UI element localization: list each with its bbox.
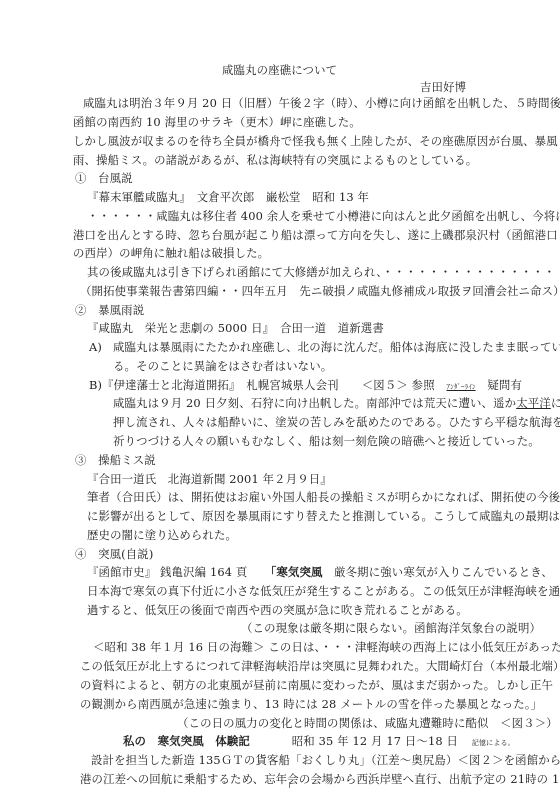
body-text: 咸臨丸は９月 20 日夕刻、石狩に向け出帆した。南部沖では荒天に遭い、遥か xyxy=(113,396,516,410)
body-line: 祈りつづける人々の願いもむなしく、船は刻一刻危険の暗礁へと接近していった。 xyxy=(113,434,540,448)
document-page: 咸臨丸の座礁について 吉田好博 咸臨丸は明治３年９月 20 日（旧暦）午後２字（… xyxy=(0,0,560,791)
body-line: 過すると、低気圧の後面で南西や西の突風が急に吹き荒れることがある。 xyxy=(87,603,468,617)
body-line: 其の後咸臨丸は引き下げられ函館にて大修繕が加えられ、・・・・・・・・・・・・・・… xyxy=(87,265,555,279)
body-text: に xyxy=(551,396,560,410)
question-note: 疑問有 xyxy=(487,378,522,392)
source-citation: 『咸臨丸 栄光と悲劇の 5000 日』 合田一道 道新選書 xyxy=(87,321,384,335)
author-name: 吉田好博 xyxy=(420,80,466,94)
body-line: 港の江差への回航に乗船するため、忘年会の会場から西浜岸壁へ直行、出航予定の 21… xyxy=(80,772,560,786)
quote-title: 「寒気突風 xyxy=(271,565,323,579)
intro-line: 雨、操船ミス。の諸説があるが、私は海峡特有の突風によるものとしている。 xyxy=(73,153,477,167)
section-heading-typhoon: ① 台風説 xyxy=(75,171,133,185)
body-line: 日本海で寒気の真下付近に小さな低気圧が発生することがある。この低気圧が津軽海峡を… xyxy=(87,584,560,598)
body-line: の観測から南西風が急速に強まり、13 時には 28 メートルの雪を伴った暴風とな… xyxy=(80,697,542,711)
note-line: （この日の風力の変化と時間の関係は、咸臨丸遭難時に酷似 ＜図３＞） xyxy=(177,716,558,730)
section-heading-storm: ② 暴風雨説 xyxy=(75,303,144,317)
body-line: この低気圧が北上するにつれて津軽海峡沿岸は突風に見舞われた。大間崎灯台（本州最北… xyxy=(80,659,560,673)
body-line: ・・・・・・咸臨丸は移住者 400 余人を乗せて小樽港に向はんと此夕函館を出帆し… xyxy=(87,209,560,223)
source-citation: 『幕末軍艦咸臨丸』 文倉平次郎 巌松堂 昭和 13 年 xyxy=(87,190,369,204)
body-text: 厳冬期に強い寒気が入りこんでいるとき、 xyxy=(323,565,553,579)
body-line: に影響が出るとして、原因を暴風雨にすり替えたと推測している。こうして咸臨丸の最期… xyxy=(87,509,560,523)
underlined-word: 太平洋 xyxy=(516,396,551,410)
body-line: 咸臨丸は９月 20 日夕刻、石狩に向け出帆した。南部沖では荒天に遭い、遥か太平洋… xyxy=(113,396,560,410)
body-line: 押し流され、人々は船酔いに、塗炭の苦しみを舐めたのである。ひたすら平穏な航海を xyxy=(113,415,560,429)
source-citation: 『合田一道氏 北海道新聞 2001 年２月９日』 xyxy=(87,472,332,486)
underline-note: ｱﾝﾀﾞｰﾗｲﾝ xyxy=(447,383,476,391)
source-text: 『伊達藩士と北海道開拓』 札幌宮城県人会刊 ＜図５＞ 参照 xyxy=(102,378,435,392)
source-citation: 『伊達藩士と北海道開拓』 札幌宮城県人会刊 ＜図５＞ 参照 ｱﾝﾀﾞｰﾗｲﾝ 疑… xyxy=(102,378,522,394)
document-title: 咸臨丸の座礁について xyxy=(222,63,337,77)
body-line: る。そのことに異論をはさむ者はいない。 xyxy=(113,359,332,373)
item-label-a: A) xyxy=(89,340,102,354)
experience-title: 私の 寒気突風 体験記 xyxy=(123,734,250,748)
experience-heading: 私の 寒気突風 体験記 昭和 35 年 12 月 17 日〜18 日 記憶による… xyxy=(123,734,515,750)
body-line: 咸臨丸は暴風雨にたたかれ座礁し、北の海に沈んだ。船体は海底に没したまま眠ってい xyxy=(113,340,560,354)
intro-line: 咸臨丸は明治３年９月 20 日（旧暦）午後２字（時）、小樽に向け函館を出帆した、… xyxy=(83,96,560,110)
item-label-b: B) xyxy=(89,378,102,392)
scan-mark xyxy=(289,782,290,788)
note-line: （この現象は厳冬期に限らない。函館海洋気象台の説明） xyxy=(241,621,541,635)
experience-note: 記憶による。 xyxy=(472,739,515,747)
body-line: 筆者（合田氏）は、開拓使はお雇い外国人船長の操船ミスが明らかになれば、開拓使の今… xyxy=(87,490,560,504)
body-line: （開拓使事業報告書第四編・・四年五月 先ニ破損ノ咸臨丸修補成ル取扱ヲ回漕会社ニ命… xyxy=(80,284,560,298)
body-line: 港口を出んとする時、忽ち台風が起こり船は漂って方向を失し、遂に上磯郡泉沢村（函館… xyxy=(73,228,558,242)
body-line: の西岸）の岬角に触れ船は破損した。 xyxy=(73,246,269,260)
section-heading-gust: ④ 突風(自説) xyxy=(75,547,153,561)
body-line: 歴史の闇に塗り込められた。 xyxy=(87,528,237,542)
body-line: の資料によると、朝方の北東風が昼前に南風に変わったが、風はまだ弱かった。しかし正… xyxy=(80,678,553,692)
source-citation: 『函館市史』 銭亀沢編 164 頁 「寒気突風 厳冬期に強い寒気が入りこんでいる… xyxy=(87,565,553,579)
body-line: 設計を担当した新造 135ＧＴの貨客船「おくしり丸」（江差〜奥尻島）＜図２＞を函… xyxy=(91,753,560,767)
intro-line: しかし風波が収まるのを待ち全員が橋舟で怪我も無く上陸したが、その座礁原因が台風、… xyxy=(73,134,558,148)
body-line: ＜昭和 38 年１月 16 日の海難＞ この日は、・・・津軽海峡の西海上には小低… xyxy=(93,640,560,654)
section-heading-navigation-error: ③ 操船ミス説 xyxy=(75,453,156,467)
experience-date: 昭和 35 年 12 月 17 日〜18 日 xyxy=(292,734,458,748)
source-text: 『函館市史』 銭亀沢編 164 頁 xyxy=(87,565,271,579)
intro-line: 函館の南西約 10 海里のサラキ（更木）岬に座礁した。 xyxy=(73,115,361,129)
